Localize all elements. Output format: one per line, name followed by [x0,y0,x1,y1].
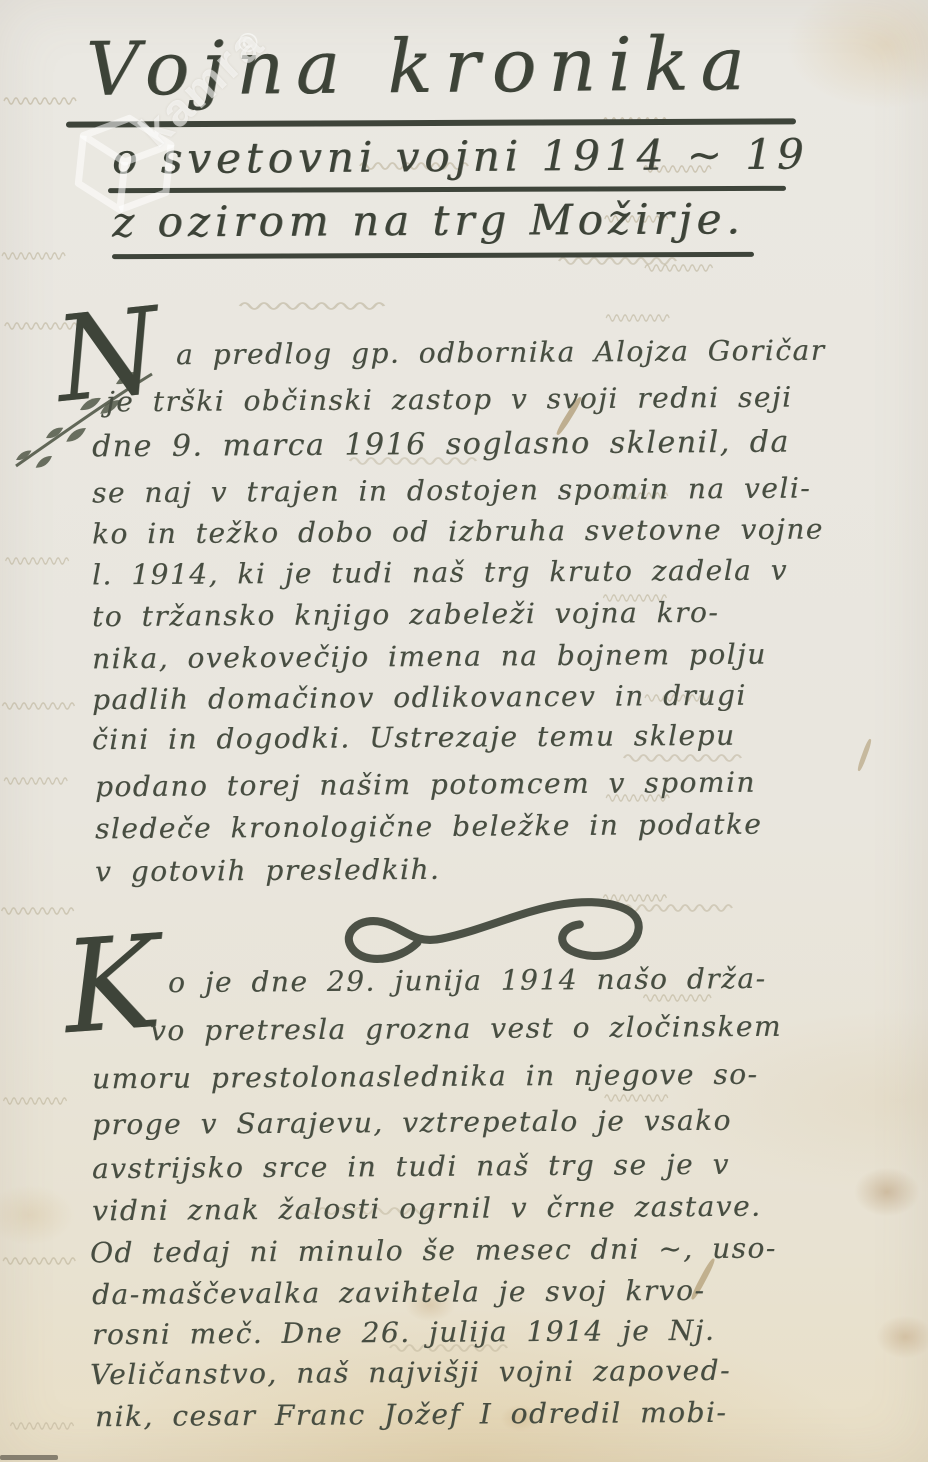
handwritten-line: proge v Sarajevu, vztrepetalo je vsako [92,1104,732,1141]
document-subtitle: o svetovni vojni 1914 ~ 19 [112,130,809,184]
handwritten-line: o je dne 29. junija 1914 našo drža- [168,962,767,999]
handwritten-line: ko in težko dobo od izbruha svetovne voj… [92,512,824,550]
handwritten-line: je trški občinski zastop v svoji redni s… [106,381,793,419]
drop-cap-initial: K [60,919,164,1053]
handwritten-line: vo pretresla grozna vest o zločinskem [150,1010,782,1047]
handwritten-line: rosni meč. Dne 26. julija 1914 je Nj. [92,1314,715,1351]
handwritten-line: se naj v trajen in dostojen spomin na ve… [92,471,811,509]
handwritten-line: a predlog gp. odbornika Alojza Goričar [176,334,826,372]
handwritten-line: l. 1914, ki je tudi naš trg kruto zadela… [92,554,788,592]
page-edge-mark [0,1455,58,1460]
document-title: Vojna kronika [86,21,757,113]
handwritten-line: umoru prestolonaslednika in njegove so- [92,1058,759,1096]
handwritten-line: dne 9. marca 1916 soglasno sklenil, da [92,425,790,465]
handwritten-line: vidni znak žalosti ogrnil v črne zastave… [92,1190,762,1228]
handwritten-line: Od tedaj ni minulo še mesec dni ~, uso- [90,1232,777,1270]
handwritten-line: nik, cesar Franc Jožef I odredil mobi- [95,1396,728,1433]
handwritten-line: nika, ovekovečijo imena na bojnem polju [92,638,767,676]
handwritten-line: sledeče kronologične beležke in podatke [95,808,763,846]
handwritten-line: avstrijsko srce in tudi naš trg se je v [92,1148,730,1185]
document-subtitle2: z ozirom na trg Možirje. [112,194,745,246]
handwritten-line: padlih domačinov odlikovancev in drugi [92,679,747,717]
handwritten-line: podano torej našim potomcem v spomin [95,766,756,804]
handwritten-line: da-maščevalka zavihtela je svoj krvo- [92,1274,706,1311]
handwritten-line: to tržansko knjigo zabeleži vojna kro- [92,596,719,633]
handwritten-line: čini in dogodki. Ustrezaje temu sklepu [92,719,736,756]
handwritten-line: Veličanstvo, naš najvišji vojni zapoved- [90,1354,731,1391]
manuscript-page: Vojna kronika o svetovni vojni 1914 ~ 19… [0,0,928,1462]
